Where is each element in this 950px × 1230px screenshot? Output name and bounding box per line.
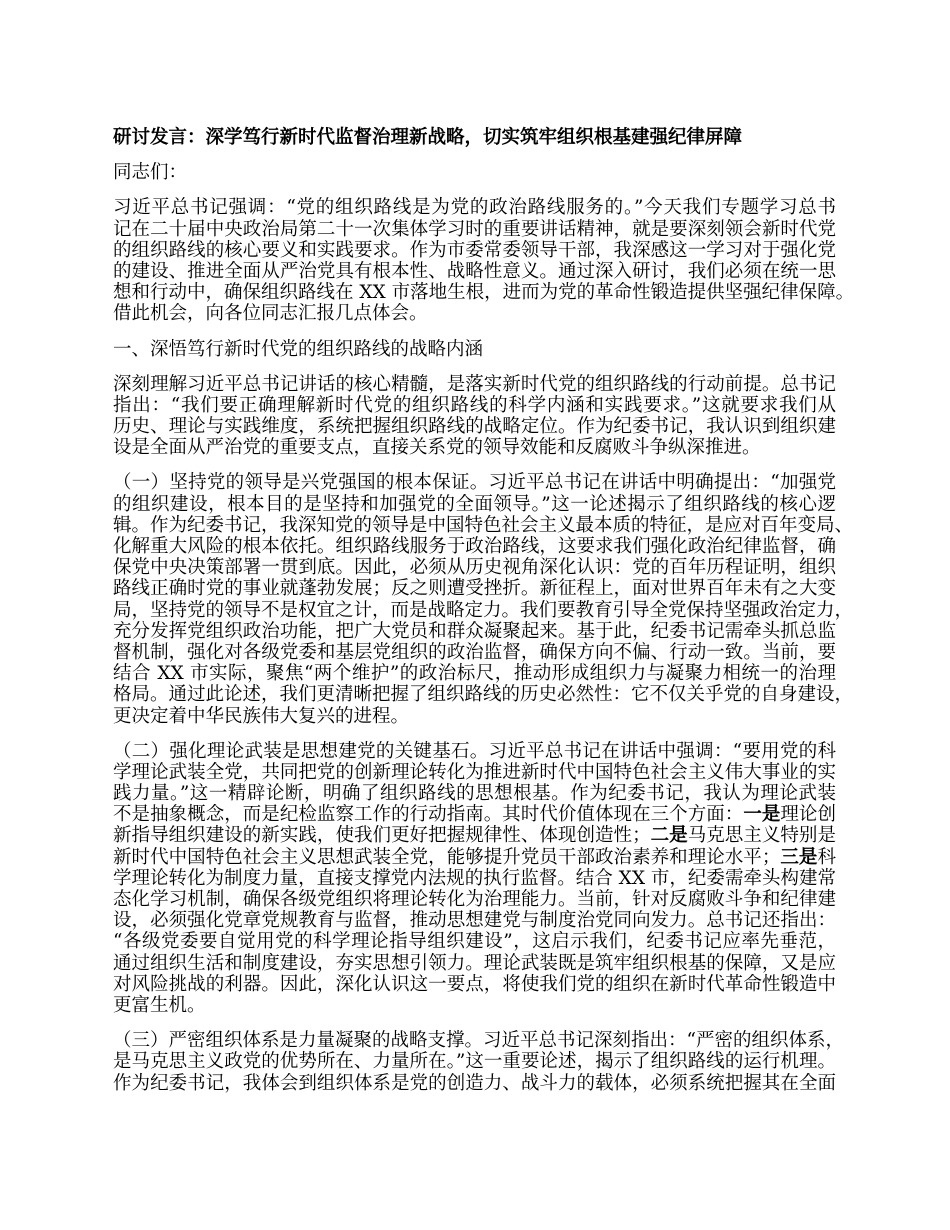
text-line: 的建设、推进全面从严治党具有根本性、战略性意义。通过深入研讨，我们必须在统一思 [113,261,836,282]
section-heading-text: 一、深悟笃行新时代党的组织路线的战略内涵 [113,339,836,360]
text-line: 指出：“我们要正确理解新时代党的组织路线的科学内涵和实践要求。”这就要求我们从 [113,395,836,416]
text-segment: 科 [817,847,836,868]
text-line: 设是全面从严治党的重要支点，直接关系党的领导效能和反腐败斗争纵深推进。 [113,437,836,458]
text-line: 想和行动中，确保组织路线在 XX 市落地生根，进而为党的革命性锻造提供坚强纪律保… [113,282,836,303]
text-line: “各级党委要自觉用党的科学理论指导组织建设”，这启示我们，纪委书记应率先垂范， [113,931,836,952]
salutation-text: 同志们： [113,162,836,183]
text-line: 通过组织生活和制度建设，夯实思想引领力。理论武装既是筑牢组织根基的保障，又是应 [113,953,836,974]
text-line: 充分发挥党组织政治功能，把广大党员和群众凝聚起来。基于此，纪委书记需牵头抓总监 [113,621,836,642]
text-line: 学理论武装全党，共同把党的创新理论转化为推进新时代中国特色社会主义伟大事业的实 [113,762,836,783]
text-line: 是马克思主义政党的优势所在、力量所在。”这一重要论述，揭示了组织路线的运行机理。 [113,1051,836,1072]
text-line: 督机制，强化对各级党委和基层党组织的政治监督，确保方向不偏、行动一致。当前，要 [113,642,836,663]
text-line: 更富生机。 [113,995,836,1016]
text-line: 记在二十届中央政治局第二十一次集体学习时的重要讲话精神，就是要深刻领会新时代党 [113,219,836,240]
title-text: 研讨发言：深学笃行新时代监督治理新战略，切实筑牢组织根基建强纪律屏障 [113,127,836,148]
point-3-paragraph: （三）严密组织体系是力量凝聚的战略支撑。习近平总书记深刻指出：“严密的组织体系，… [113,1030,836,1094]
text-line: 践力量。”这一精辟论断，明确了组织路线的思想根基。作为纪委书记，我认为理论武装 [113,783,836,804]
emphasis-first: 一是 [743,804,780,825]
text-line: 新指导组织建设的新实践，使我们更好把握规律性、体现创造性；二是马克思主义特别是 [113,825,836,846]
text-segment: 马克思主义特别是 [688,825,836,846]
text-line: 局，坚持党的领导不是权宜之计，而是战略定力。我们要教育引导全党保持坚强政治定力， [113,600,836,621]
text-line: 结合 XX 市实际，聚焦“两个维护”的政治标尺，推动形成组织力与凝聚力相统一的治… [113,663,836,684]
text-line: 习近平总书记强调：“党的组织路线是为党的政治路线服务的。”今天我们专题学习总书 [113,197,836,218]
text-line: 化解重大风险的根本依托。组织路线服务于政治路线，这要求我们强化政治纪律监督，确 [113,536,836,557]
text-line: （三）严密组织体系是力量凝聚的战略支撑。习近平总书记深刻指出：“严密的组织体系， [113,1030,836,1051]
section-intro-paragraph: 深刻理解习近平总书记讲话的核心精髓，是落实新时代党的组织路线的行动前提。总书记 … [113,374,836,459]
text-line: 格局。通过此论述，我们更清晰把握了组织路线的历史必然性：它不仅关乎党的自身建设， [113,684,836,705]
text-line: （二）强化理论武装是思想建党的关键基石。习近平总书记在讲话中强调：“要用党的科 [113,741,836,762]
text-segment: 不是抽象概念，而是纪检监察工作的行动指南。其时代价值体现在三个方面： [113,804,743,825]
text-line: 作为纪委书记，我体会到组织体系是党的创造力、战斗力的载体，必须系统把握其在全面 [113,1073,836,1094]
text-line: 更决定着中华民族伟大复兴的进程。 [113,706,836,727]
document-page: 研讨发言：深学笃行新时代监督治理新战略，切实筑牢组织根基建强纪律屏障 同志们： … [113,127,836,1108]
section-heading: 一、深悟笃行新时代党的组织路线的战略内涵 [113,339,836,360]
emphasis-third: 三是 [780,847,817,868]
text-line: （一）坚持党的领导是兴党强国的根本保证。习近平总书记在讲话中明确提出：“加强党 [113,472,836,493]
text-line: 新时代中国特色社会主义思想武装全党，能够提升党员干部政治素养和理论水平；三是科 [113,847,836,868]
text-line: 辑。作为纪委书记，我深知党的领导是中国特色社会主义最本质的特征，是应对百年变局、 [113,515,836,536]
text-line: 学理论转化为制度力量，直接支撑党内法规的执行监督。结合 XX 市，纪委需牵头构建… [113,868,836,889]
salutation: 同志们： [113,162,836,183]
text-line: 深刻理解习近平总书记讲话的核心精髓，是落实新时代党的组织路线的行动前提。总书记 [113,374,836,395]
text-segment: 新时代中国特色社会主义思想武装全党，能够提升党员干部政治素养和理论水平； [113,847,780,868]
text-line: 设，必须强化党章党规教育与监督，推动思想建党与制度治党同向发力。总书记还指出： [113,910,836,931]
text-line: 的组织路线的核心要义和实践要求。作为市委常委领导干部，我深感这一学习对于强化党 [113,240,836,261]
text-segment: 理论创 [780,804,836,825]
emphasis-second: 二是 [651,825,688,846]
intro-paragraph: 习近平总书记强调：“党的组织路线是为党的政治路线服务的。”今天我们专题学习总书 … [113,197,836,324]
text-line: 借此机会，向各位同志汇报几点体会。 [113,303,836,324]
point-2-paragraph: （二）强化理论武装是思想建党的关键基石。习近平总书记在讲话中强调：“要用党的科 … [113,741,836,1016]
text-line: 对风险挑战的利器。因此，深化认识这一要点，将使我们党的组织在新时代革命性锻造中 [113,974,836,995]
text-line: 不是抽象概念，而是纪检监察工作的行动指南。其时代价值体现在三个方面：一是理论创 [113,804,836,825]
text-segment: 新指导组织建设的新实践，使我们更好把握规律性、体现创造性； [113,825,651,846]
document-title: 研讨发言：深学笃行新时代监督治理新战略，切实筑牢组织根基建强纪律屏障 [113,127,836,148]
text-line: 历史、理论与实践维度，系统把握组织路线的战略定位。作为纪委书记，我认识到组织建 [113,416,836,437]
text-line: 保党中央决策部署一贯到底。因此，必须从历史视角深化认识：党的百年历程证明，组织 [113,557,836,578]
text-line: 态化学习机制，确保各级党组织将理论转化为治理能力。当前，针对反腐败斗争和纪律建 [113,889,836,910]
point-1-paragraph: （一）坚持党的领导是兴党强国的根本保证。习近平总书记在讲话中明确提出：“加强党 … [113,472,836,726]
text-line: 路线正确时党的事业就蓬勃发展；反之则遭受挫折。新征程上，面对世界百年未有之大变 [113,578,836,599]
text-line: 的组织建设，根本目的是坚持和加强党的全面领导。”这一论述揭示了组织路线的核心逻 [113,494,836,515]
